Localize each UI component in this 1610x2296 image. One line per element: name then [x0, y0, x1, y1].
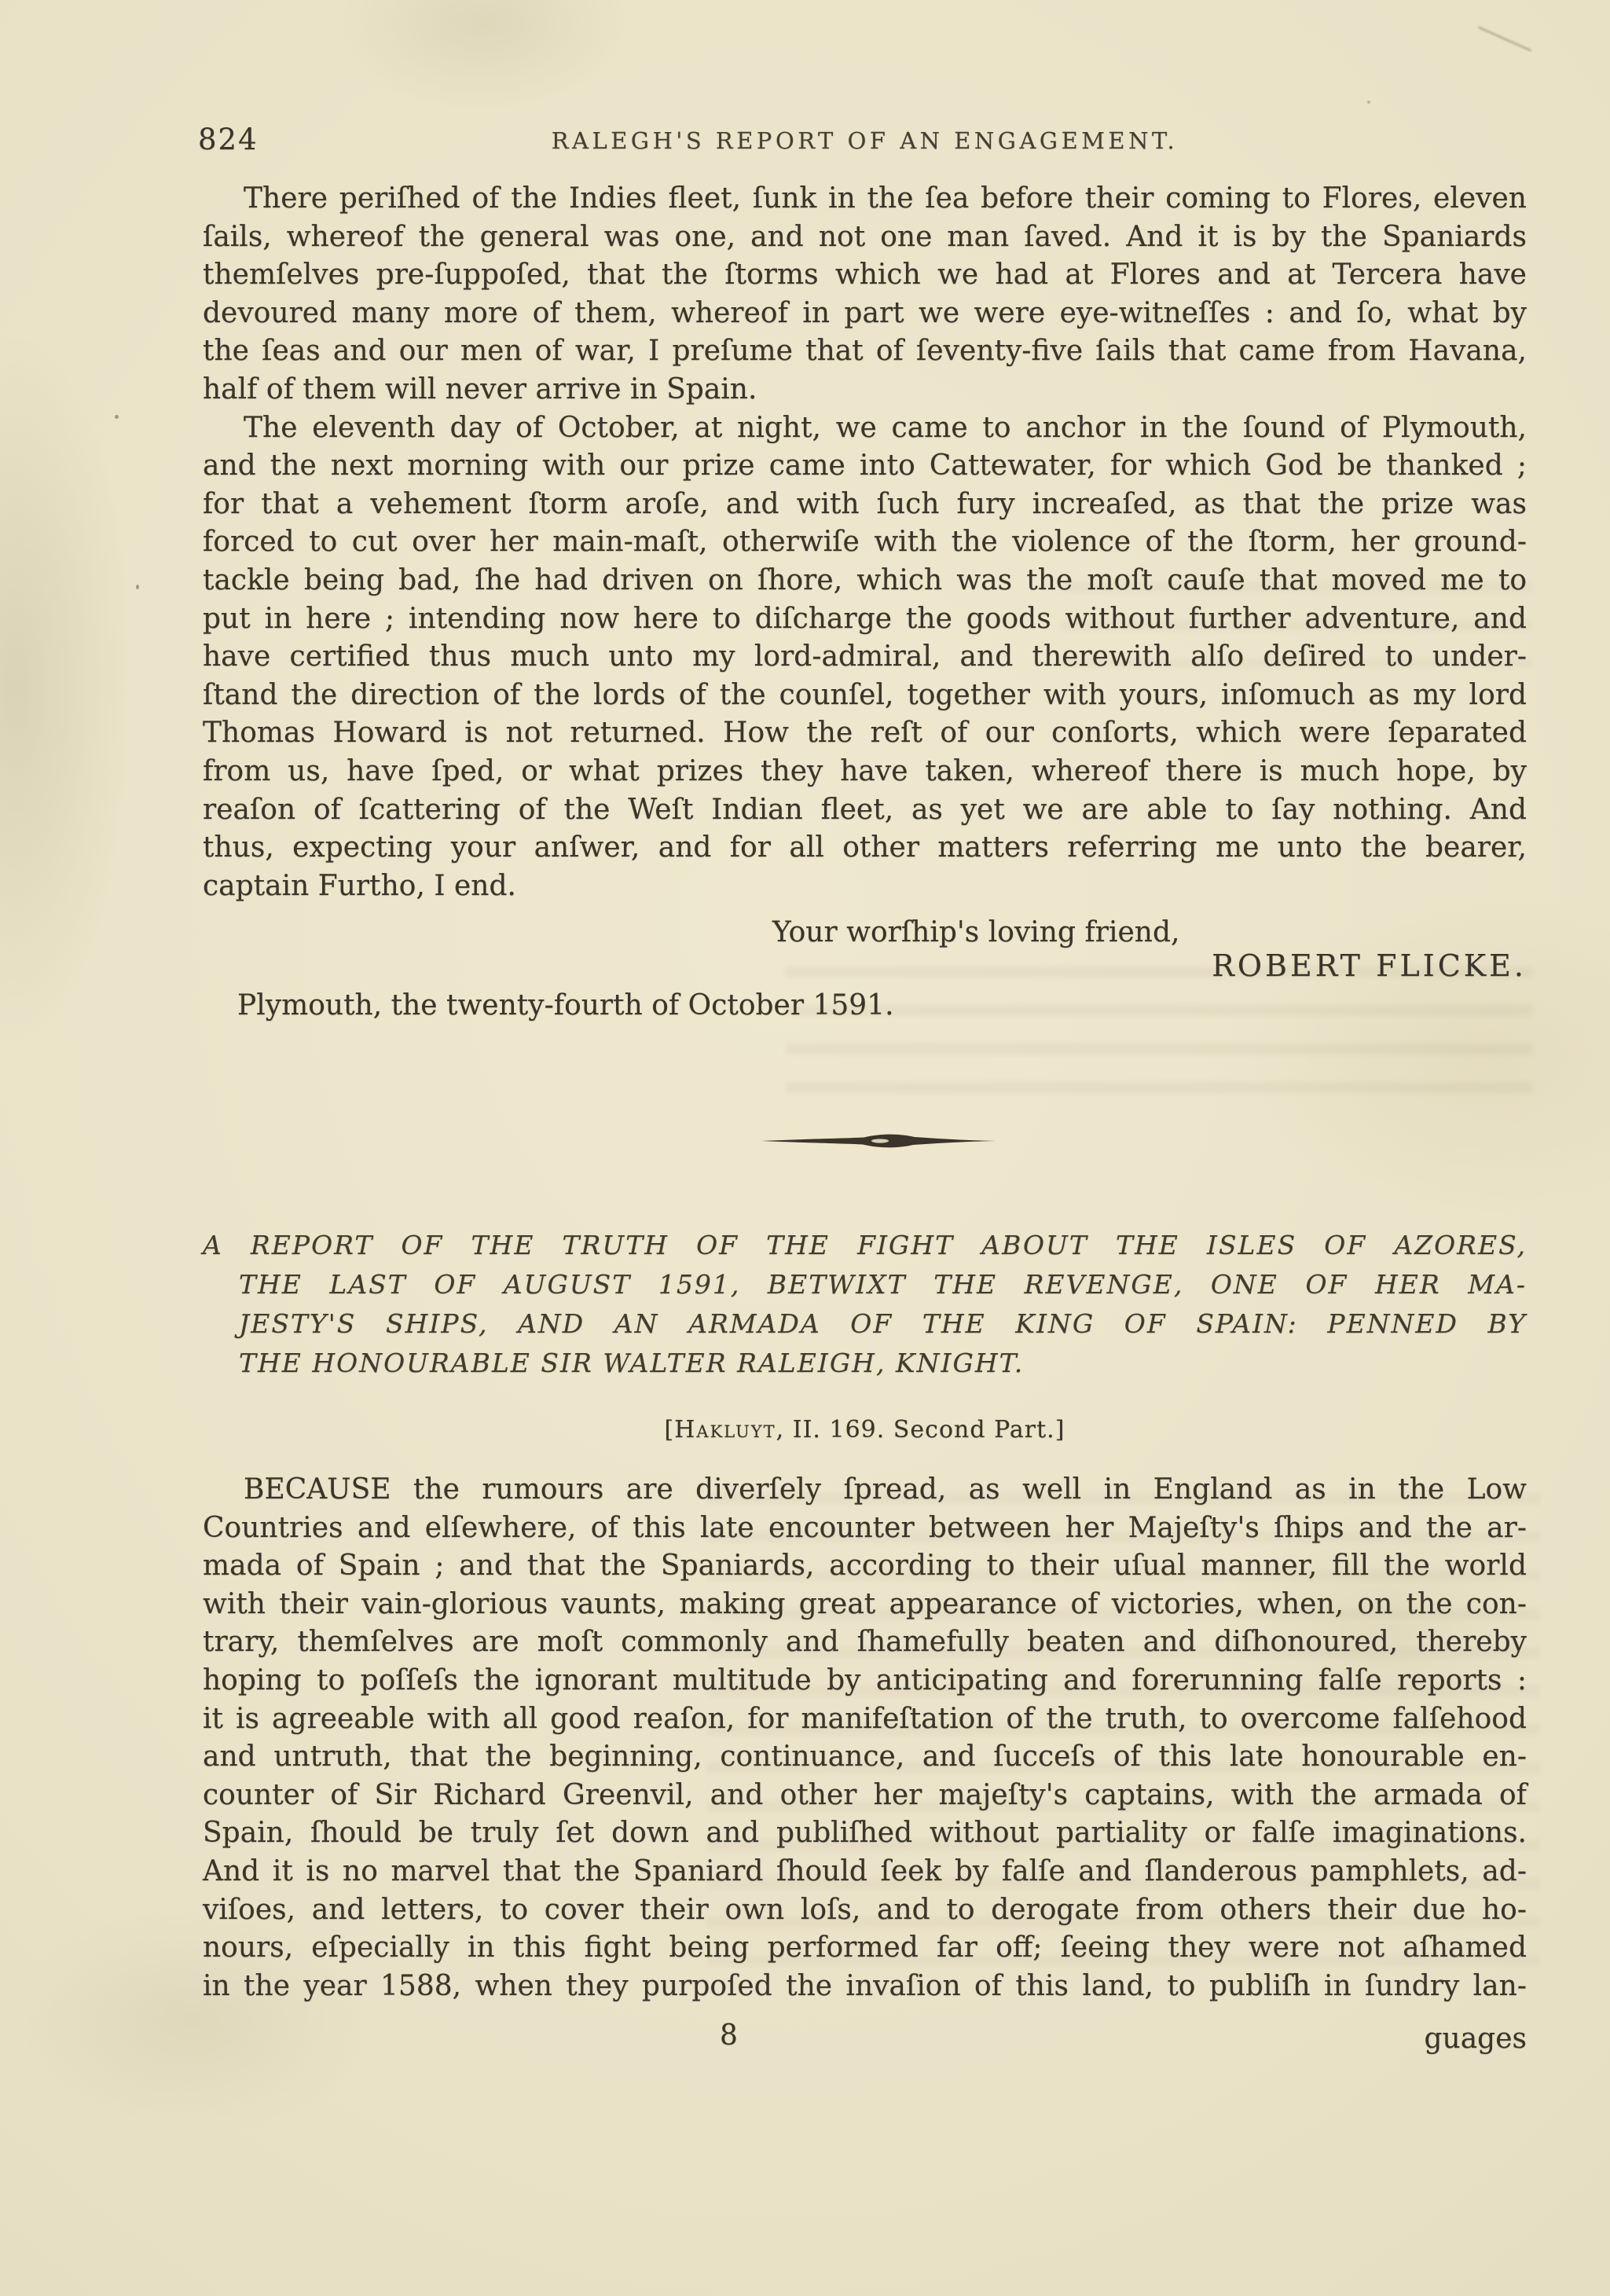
report-line: it is agreeable with all good reaſon, fo… — [203, 1700, 1527, 1739]
report-line: hoping to poſſeſs the ignorant multitude… — [203, 1662, 1527, 1700]
ink-speck — [136, 585, 139, 589]
letter-line: The eleventh day of October, at night, w… — [203, 409, 1527, 448]
letter-line: half of them will never arrive in Spain. — [203, 371, 1527, 409]
source-reference: , II. 169. Second Part.] — [776, 1416, 1065, 1443]
section-divider-ornament — [761, 1130, 996, 1152]
report-line: nours, eſpecially in this fight being pe… — [203, 1929, 1527, 1968]
letter-line: tackle being bad, ſhe had driven on ſhor… — [203, 562, 1527, 600]
signature-closing: Your worſhip's loving friend, — [772, 916, 1179, 948]
source-citation: [Hakluyt, II. 169. Second Part.] — [203, 1416, 1527, 1443]
heading-line: THE LAST OF AUGUST 1591, BETWIXT THE REV… — [203, 1265, 1527, 1304]
heading-line: A REPORT OF THE TRUTH OF THE FIGHT ABOUT… — [203, 1226, 1527, 1265]
letter-body: There periſhed of the Indies fleet, ſunk… — [203, 180, 1527, 905]
heading-line: JESTY'S SHIPS, AND AN ARMADA OF THE KING… — [203, 1304, 1527, 1344]
ink-speck — [115, 415, 119, 419]
report-line: And it is no marvel that the Spaniard ſh… — [203, 1853, 1527, 1891]
catchword: guages — [203, 2023, 1527, 2055]
signature-name: ROBERT FLICKE. — [203, 948, 1527, 983]
letter-line: put in here ; intending now here to diſc… — [203, 600, 1527, 639]
report-line: Spain, ſhould be truly ſet down and publ… — [203, 1814, 1527, 1853]
ink-speck — [1367, 101, 1370, 104]
report-line: with their vain-glorious vaunts, making … — [203, 1586, 1527, 1624]
letter-line: from us, have ſped, or what prizes they … — [203, 753, 1527, 791]
report-line: mada of Spain ; and that the Spaniards, … — [203, 1547, 1527, 1586]
heading-line: THE HONOURABLE SIR WALTER RALEIGH, KNIGH… — [203, 1344, 1527, 1383]
running-title: RALEGH'S REPORT OF AN ENGAGEMENT. — [203, 127, 1527, 154]
letter-line: have certified thus much unto my lord-ad… — [203, 638, 1527, 677]
report-line: trary, themſelves are moſt commonly and … — [203, 1623, 1527, 1662]
letter-line: forced to cut over her main-maſt, otherw… — [203, 523, 1527, 562]
letter-line: reaſon of ſcattering of the Weſt Indian … — [203, 791, 1527, 830]
letter-line: There periſhed of the Indies fleet, ſunk… — [203, 180, 1527, 218]
report-body: BECAUSE the rumours are diverſely ſpread… — [203, 1471, 1527, 2005]
letter-line: for that a vehement ſtorm aroſe, and wit… — [203, 486, 1527, 524]
bracket-open: [ — [665, 1416, 675, 1443]
scanned-book-page: 824 RALEGH'S REPORT OF AN ENGAGEMENT. Th… — [0, 0, 1610, 2296]
letter-line: Thomas Howard is not returned. How the r… — [203, 714, 1527, 753]
letter-line: themſelves pre-ſuppoſed, that the ſtorms… — [203, 256, 1527, 295]
report-line: in the year 1588, when they purpoſed the… — [203, 1968, 1527, 2006]
showthrough-smudge — [786, 966, 1532, 1108]
letter-line: ſtand the direction of the lords of the … — [203, 677, 1527, 715]
report-line: Countries and elſewhere, of this late en… — [203, 1509, 1527, 1548]
report-heading: A REPORT OF THE TRUTH OF THE FIGHT ABOUT… — [203, 1226, 1527, 1383]
source-author: Hakluyt — [674, 1416, 776, 1443]
report-line: viſoes, and letters, to cover their own … — [203, 1891, 1527, 1930]
dateline: Plymouth, the twenty-fourth of October 1… — [237, 989, 894, 1021]
report-line: and untruth, that the beginning, continu… — [203, 1738, 1527, 1777]
letter-line: devoured many more of them, whereof in p… — [203, 295, 1527, 333]
report-line: BECAUSE the rumours are diverſely ſpread… — [203, 1471, 1527, 1509]
letter-line: and the next morning with our prize came… — [203, 447, 1527, 486]
letter-line: the ſeas and our men of war, I preſume t… — [203, 332, 1527, 371]
report-line: counter of Sir Richard Greenvil, and oth… — [203, 1777, 1527, 1815]
letter-line: captain Furtho, I end. — [203, 867, 1527, 906]
letter-line: ſails, whereof the general was one, and … — [203, 218, 1527, 257]
crease-mark — [1478, 26, 1532, 52]
letter-line: thus, expecting your anſwer, and for all… — [203, 829, 1527, 867]
